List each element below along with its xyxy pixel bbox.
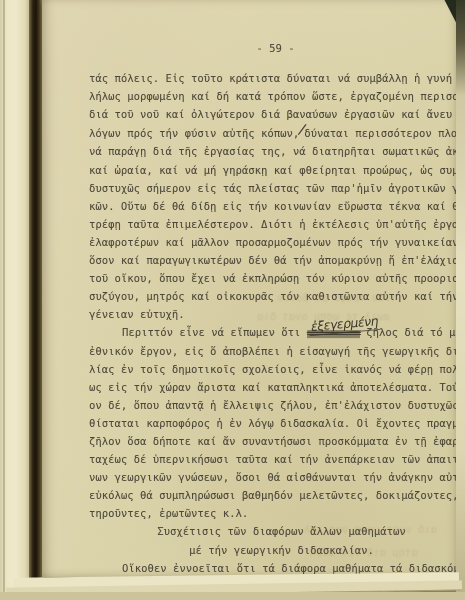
page-number: - 59 - xyxy=(74,40,465,58)
typewritten-line: λήλως μορφωμένη καί δή κατά τρόπον ὥστε,… xyxy=(89,88,465,106)
typewritten-line: νων γεωργικῶν γνώσεων, ὅσοι θά αἰσθάνωντ… xyxy=(89,469,465,487)
typed-text: λόγων πρός τήν φύσιν αὐτῆς κόπων, xyxy=(89,128,299,140)
typed-text: Περιττόν εἶνε νά εἴπωμεν ὅτι xyxy=(122,327,307,339)
typewritten-line: ως εἰς τήν χώραν ἄριστα καί καταπληκτικά… xyxy=(89,379,465,397)
typewritten-line: ἐλαφροτέρων καί μᾶλλον προσαρμοζομένων π… xyxy=(89,234,465,252)
typewritten-line: ζῆλον ὅσα δήποτε καί ἄν συναντήσωσι προσ… xyxy=(89,433,465,451)
struck-out-word: ≡≡≡≡≡≡≡≡≡≡≡ἐξεγερμένη xyxy=(307,324,360,342)
typewritten-line: ἐθνικόν ἔργον, εἰς ὅ ἀποβλέπει ἡ εἰσαγωγ… xyxy=(89,343,465,361)
typewritten-line: λίας ἐν τοῖς δημοτικοῖς σχολείοις, εἶνε … xyxy=(89,361,465,379)
typewritten-line: καί ὡραία, καί νά μή γηράσκῃ καί φθείρητ… xyxy=(89,162,465,180)
typewritten-lines: τάς πόλεις. Εἰς τοῦτο κράτιστα δύναται ν… xyxy=(89,70,465,578)
typewritten-line: τρέφῃ ταῦτα ἐπιμελέστερον. Διότι ἡ ἐκτέλ… xyxy=(89,216,465,234)
page-text: - 59 - τάς πόλεις. Εἰς τοῦτο κράτιστα δύ… xyxy=(89,40,465,578)
book-binding-gutter xyxy=(29,0,42,600)
typewritten-line: γένειαν εὐτυχῆ. xyxy=(89,306,465,324)
typewritten-line: μέ τήν γεωργικήν διδασκαλίαν. xyxy=(80,542,465,560)
typed-text: δύναται περισσότερον πλοῦτον xyxy=(304,128,465,140)
typewritten-line: δυστυχῶς σήμερον εἰς τάς πλείστας τῶν πα… xyxy=(89,180,465,198)
typewritten-line: ταχέως δέ ὑπερνικήσωσι ταῦτα καί τήν ἀνε… xyxy=(89,451,465,469)
typewritten-line: συζύγου, μητρός καί οἰκοκυρᾶς τόν καθιστ… xyxy=(89,288,465,306)
typewritten-line: Συσχέτισις τῶν διαφόρων ἄλλων μαθημάτων xyxy=(80,523,465,541)
typewritten-line: λόγων πρός τήν φύσιν αὐτῆς κόπων,/δύνατα… xyxy=(89,124,465,143)
typewritten-line: ὅσον καί παραγωγικωτέρων δέν θά τήν ἀπομ… xyxy=(89,252,465,270)
typewritten-line: νά παράγῃ διά τῆς ἐργασίας της, νά διατη… xyxy=(89,143,465,161)
typewritten-line: εὐκόλως θά συμπληρώσωσι βαθμηδόν μελετῶν… xyxy=(89,487,465,505)
typewritten-line: τηροῦντες, ἐρωτῶντες κ.λ. xyxy=(89,505,465,523)
typewritten-line: τάς πόλεις. Εἰς τοῦτο κράτιστα δύναται ν… xyxy=(89,70,465,88)
document-page: - 59 - τάς πόλεις. Εἰς τοῦτο κράτιστα δύ… xyxy=(42,0,456,577)
facing-page-edge xyxy=(0,0,29,600)
page-right-edge xyxy=(456,0,465,600)
typewritten-line: θίσταται καρποφόρος ἡ ἐν λόγῳ διδασκαλία… xyxy=(89,415,465,433)
typewritten-line: διά τοῦ νοῦ καί ὀλιγώτερον διά βαναύσων … xyxy=(89,106,465,124)
typewritten-line: τοῦ οἴκου, ὅπου ἔχει νά ἐκπληρώσῃ τόν κύ… xyxy=(89,270,465,288)
page-stack-edge xyxy=(0,592,465,600)
typewritten-line: ον δέ, ὅπου ἀπαντᾷ ἡ ἔλλειψις ζήλου, ἐπ'… xyxy=(89,397,465,415)
typewritten-line: Περιττόν εἶνε νά εἴπωμεν ὅτι ≡≡≡≡≡≡≡≡≡≡≡… xyxy=(89,324,465,342)
scanned-book-photo: - 59 - τάς πόλεις. Εἰς τοῦτο κράτιστα δύ… xyxy=(0,0,465,600)
typewritten-line: κῶν. Οὕτω δέ θά δίδῃ εἰς τήν κοινωνίαν ε… xyxy=(89,198,465,216)
